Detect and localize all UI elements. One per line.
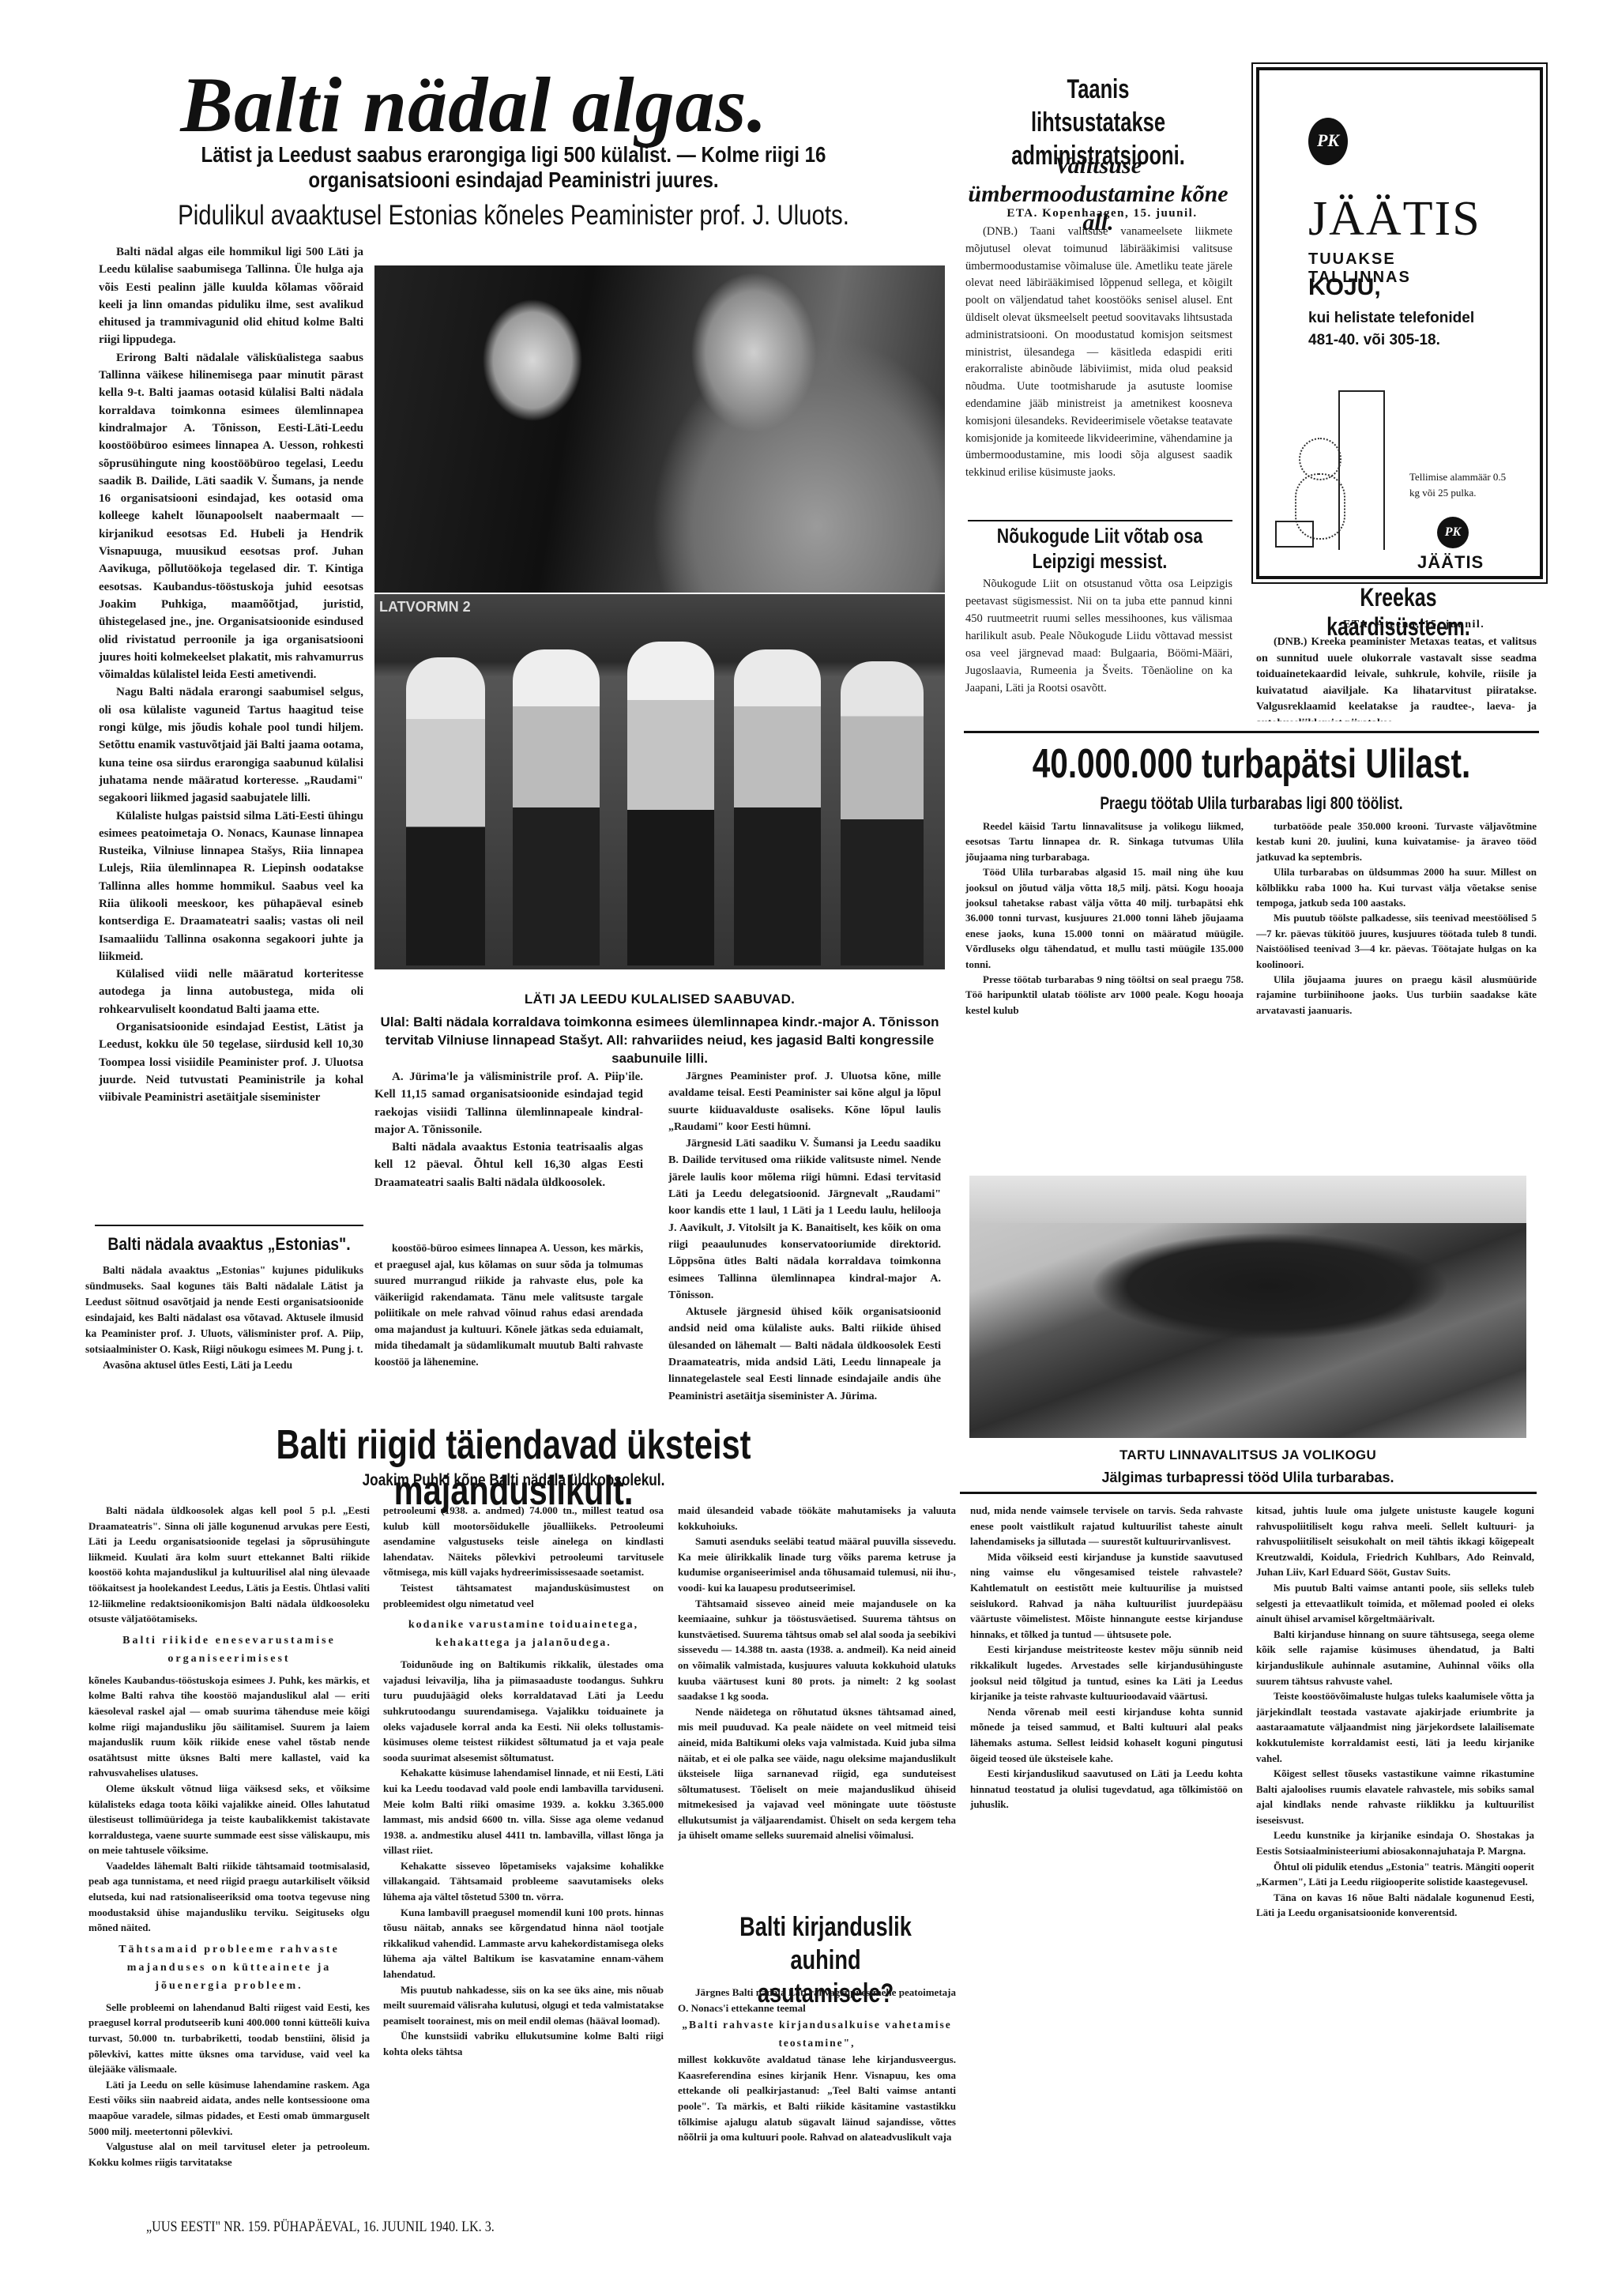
paragraph: Balti nädala avaaktus Estonia teatrisaal…	[374, 1139, 643, 1191]
paragraph: Kehakatte küsimuse lahendamisel linnade,…	[383, 1765, 664, 1858]
paragraph: Presse töötab turbarabas 9 ning tööltsi …	[965, 972, 1244, 1018]
paragraph: Avasõna aktusel ütles Eesti, Läti ja Lee…	[85, 1357, 363, 1373]
photo-sign: LATVORMN 2	[379, 599, 471, 615]
paragraph: Nenda võrenab meil eesti kirjanduse koht…	[970, 1704, 1243, 1766]
paragraph: Teiste koostöövõimaluste hulgas tuleks k…	[1256, 1688, 1534, 1766]
paragraph: petrooleumi (1938. a. andmed) 74.000 tn.…	[383, 1503, 664, 1580]
paragraph: Läti ja Leedu on selle küsimuse lahendam…	[88, 2077, 370, 2139]
econ-col2: petrooleumi (1938. a. andmed) 74.000 tn.…	[383, 1503, 664, 2194]
paragraph: turbatööde peale 350.000 krooni. Turvast…	[1256, 819, 1537, 864]
paragraph: Tähtsamaid sisseveo aineid meie majandus…	[678, 1596, 956, 1704]
paragraph: Ulila jõujaama juures on praegu käsil al…	[1256, 972, 1537, 1018]
paragraph: Mida võikseid eesti kirjanduse ja kunsti…	[970, 1549, 1243, 1643]
paragraph: koostöö-büroo esimees linnapea A. Uesson…	[374, 1240, 643, 1370]
taanis-body: (DNB.) Taani valitsuse vanameelsete liik…	[965, 224, 1232, 516]
paragraph: Reedel käisid Tartu linnavalitsuse ja vo…	[965, 819, 1244, 864]
paragraph: Mis puutub nahkadesse, siis on ka see ük…	[383, 1982, 664, 2029]
paragraph: Selle probleemi on lahendanud Balti riig…	[88, 2000, 370, 2077]
paragraph: Eesti kirjanduse meistriteoste kestev mõ…	[970, 1642, 1243, 1703]
paragraph: (DNB.) Kreeka peaminister Metaxas teatas…	[1256, 634, 1537, 721]
paragraph: maid ülesandeid vabade töökäte mahutamis…	[678, 1503, 956, 1534]
paragraph: Mis puutub Balti vaimse antanti poole, s…	[1256, 1580, 1534, 1627]
paragraph: Nõukogude Liit on otsustanud võtta osa L…	[965, 575, 1232, 697]
jaatis-ad: PK JÄÄTIS TUUAKSE TALLINNAS KOJU, kui he…	[1256, 67, 1543, 579]
photo-caption-title: LÄTI JA LEEDU KULALISED SAABUVAD.	[374, 992, 945, 1007]
page-footer: „UUS EESTI" NR. 159. PÜHAPÄEVAL, 16. JUU…	[146, 2219, 495, 2236]
paragraph: Külalised viidi nelle määratud korterite…	[99, 965, 363, 1018]
paragraph: Erirong Balti nädalale välisküalistega s…	[99, 349, 363, 684]
paragraph: Järgnesid Läti saadiku V. Šumansi ja Lee…	[668, 1135, 941, 1304]
paragraph: Balti nädala avaaktus „Estonias" kujunes…	[85, 1263, 363, 1357]
paragraph: Tööd Ulila turbarabas algasid 15. mail n…	[965, 864, 1244, 972]
main-article-col2: A. Jürima'le ja välisministrile prof. A.…	[374, 1068, 643, 1242]
paragraph: Aktusele järgnesid ühised kõik organisat…	[668, 1304, 941, 1405]
paragraph: (DNB.) Taani valitsuse vanameelsete liik…	[965, 224, 1232, 482]
paragraph: nud, mida nende vaimsele tervisele on ta…	[970, 1503, 1243, 1549]
sub-article-body: Balti nädala avaaktus „Estonias" kujunes…	[85, 1263, 363, 1413]
econ-subhead: Joakim Puhki kõne Balti nädala üldkoosol…	[157, 1471, 870, 1490]
main-article-col3: Järgnes Peaminister prof. J. Uluotsa kõn…	[668, 1068, 941, 1424]
main-headline: Balti nädal algas.	[119, 62, 830, 149]
photo-peat-bog	[969, 1176, 1526, 1438]
paragraph: Nende näidetega on rõhutatud üksnes täht…	[678, 1704, 956, 1843]
photo-handshake	[374, 265, 945, 593]
paragraph: Mis puutub töölste palkadesse, siis teen…	[1256, 910, 1537, 972]
taanis-dateline: ETA. Kopenhaagen, 15. juunil.	[972, 207, 1232, 220]
ad-seal-brand: JÄÄTIS	[1417, 552, 1484, 573]
paragraph: Oleme ükskult võtnud liiga väiksesd seks…	[88, 1781, 370, 1858]
kreekas-headline: Kreekas kaardisüsteem.	[1288, 583, 1510, 642]
ad-order-note: Tellimise alammäär 0.5 kg või 25 pulka.	[1409, 469, 1512, 501]
kreekas-body: (DNB.) Kreeka peaminister Metaxas teatas…	[1256, 634, 1537, 721]
paragraph: Kehakatte sisseveo lõpetamiseks vajaksim…	[383, 1858, 664, 1905]
paragraph: millest kokkuvõte avaldatud tänase lehe …	[678, 2052, 956, 2145]
kirjanduslik-quote: „Balti rahvaste kirjandusalkuise vahetam…	[678, 2016, 956, 2052]
econ-col3: maid ülesandeid vabade töökäte mahutamis…	[678, 1503, 956, 1898]
sub-article-headline: Balti nädala avaaktus „Estonias".	[104, 1234, 355, 1255]
turba-subhead: Praegu töötab Ulila turbarabas ligi 800 …	[1022, 793, 1481, 814]
econ-headline: Balti riigid täiendavad üksteist majandu…	[166, 1422, 861, 1514]
kirjanduslik-body: Järgnes Balti nädala Läti rahvagrupi esi…	[678, 1985, 956, 2194]
turba-headline: 40.000.000 turbapätsi Ulilast.	[1027, 741, 1476, 787]
paragraph: Vaadeldes lähemalt Balti riikide tähtsam…	[88, 1858, 370, 1936]
paragraph: Õhtul oli pidulik etendus „Estonia" teat…	[1256, 1859, 1534, 1890]
econ-subheading-1: Balti riikide enesevarustamise organisee…	[88, 1632, 370, 1668]
main-subhead: Lätist ja Leedust saabus erarongiga ligi…	[147, 142, 881, 193]
paragraph: Balti kirjanduse hinnang on suure tähtsu…	[1256, 1627, 1534, 1688]
paragraph: Eesti kirjanduslikud saavutused on Läti …	[970, 1766, 1243, 1812]
main-subhead-2: Pidulikul avaaktusel Estonias kõneles Pe…	[155, 199, 871, 232]
paragraph: Ulila turbarabas on üldsummas 2000 ha su…	[1256, 864, 1537, 910]
seal-icon: PK	[1421, 517, 1484, 552]
paragraph: Balti nädala üldkoosolek algas kell pool…	[88, 1503, 370, 1627]
econ-col1: Balti nädala üldkoosolek algas kell pool…	[88, 1503, 370, 2194]
photo-caption-text: Ulal: Balti nädala korraldava toimkonna …	[374, 1013, 945, 1067]
paragraph: Kõigest sellest tõuseks vastastikune vai…	[1256, 1766, 1534, 1827]
paragraph: Järgnes Peaminister prof. J. Uluotsa kõn…	[668, 1068, 941, 1135]
paragraph: Balti nädal algas eile hommikul ligi 500…	[99, 243, 363, 349]
bear-illustration	[1291, 390, 1394, 552]
econ-subheading-2: Tähtsamaid probleeme rahvaste majanduses…	[88, 1940, 370, 1995]
turba-photo-caption-title: TARTU LINNAVALITSUS JA VOLIKOGU	[969, 1447, 1526, 1463]
paragraph: Organisatsioonide esindajad Eestist, Lät…	[99, 1018, 363, 1106]
econ-col5: kitsad, juhtis luule oma julgete unistus…	[1256, 1503, 1534, 2194]
photo-folk-costume-women: LATVORMN 2	[374, 594, 945, 969]
paragraph: Toidunõude ing on Baltikumis rikkalik, ü…	[383, 1657, 664, 1765]
econ-col4: nud, mida nende vaimsele tervisele on ta…	[970, 1503, 1243, 2194]
kreekas-dateline: ETA. Ateena, 15. juunil.	[1343, 619, 1484, 631]
paragraph: Samuti asenduks seeläbi teatud määral pu…	[678, 1534, 956, 1595]
turba-photo-caption-text: Jälgimas turbapressi tööd Ulila turbarab…	[969, 1468, 1526, 1487]
paragraph: Täna on kavas 16 nõue Balti nädalale kog…	[1256, 1890, 1534, 1921]
turba-col1: Reedel käisid Tartu linnavalitsuse ja vo…	[965, 819, 1244, 1166]
ad-line2: KOJU,	[1308, 274, 1381, 301]
paragraph: A. Jürima'le ja välisministrile prof. A.…	[374, 1068, 643, 1139]
paragraph: kõneles Kaubandus-tööstuskoja esimees J.…	[88, 1673, 370, 1781]
paragraph: Kuna lambavill praegusel momendil kuni 1…	[383, 1905, 664, 1982]
turba-col2: turbatööde peale 350.000 krooni. Turvast…	[1256, 819, 1537, 1166]
ad-brand: JÄÄTIS	[1308, 193, 1481, 245]
paragraph: Järgnes Balti nädala Läti rahvagrupi esi…	[678, 1985, 956, 2016]
paragraph: Ühe kunstsiidi vabriku ellukutsumine kol…	[383, 2028, 664, 2059]
econ-subheading-3: kodanike varustamine toiduainetega, keha…	[383, 1616, 664, 1652]
pk-logo-icon: PK	[1308, 118, 1348, 165]
noukogude-headline: Nõukogude Liit võtab osa Leipzigi messis…	[990, 523, 1210, 574]
paragraph: Valgustuse alal on meil tarvitusel elete…	[88, 2139, 370, 2170]
noukogude-body: Nõukogude Liit on otsustanud võtta osa L…	[965, 575, 1232, 722]
main-article-col2b: koostöö-büroo esimees linnapea A. Uesson…	[374, 1240, 643, 1422]
paragraph: kitsad, juhtis luule oma julgete unistus…	[1256, 1503, 1534, 1580]
main-article-col1: Balti nädal algas eile hommikul ligi 500…	[99, 243, 363, 1211]
paragraph: Nagu Balti nädala erarongi saabumisel se…	[99, 683, 363, 807]
paragraph: Leedu kunstnike ja kirjanike esindaja O.…	[1256, 1827, 1534, 1858]
paragraph: Teistest tähtsamatest majandusküsimustes…	[383, 1580, 664, 1611]
ad-line3: kui helistate telefonidel 481-40. või 30…	[1308, 307, 1478, 352]
paragraph: Külaliste hulgas paistsid silma Läti-Ees…	[99, 807, 363, 966]
